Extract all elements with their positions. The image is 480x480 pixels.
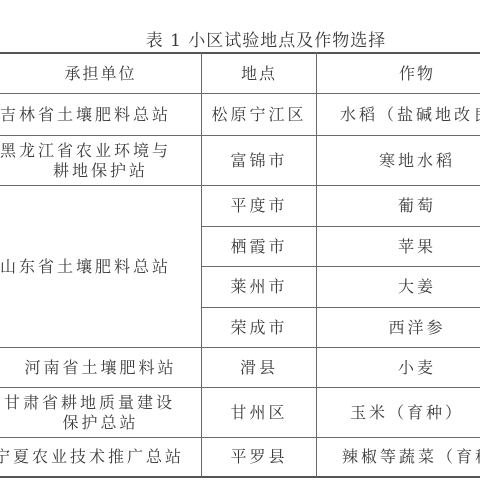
header-crop: 作物	[317, 54, 480, 93]
unit-line-1: 黑龙江省农业环境与	[0, 141, 171, 161]
table-cell-crop: 寒地水稻	[317, 136, 480, 185]
table-cell-location: 富锦市	[202, 136, 316, 185]
table-cell-crop: 葡萄	[317, 186, 480, 226]
unit-line-2: 耕地保护站	[53, 161, 148, 181]
table-cell-unit: 黑龙江省农业环境与 耕地保护站	[0, 136, 201, 185]
table-cell-crop: 大姜	[317, 267, 480, 307]
table-cell-crop: 西洋参	[317, 308, 480, 347]
table-cell-location: 栖霞市	[202, 227, 316, 266]
table-cell-unit: 河南省土壤肥料站	[0, 348, 201, 387]
header-unit: 承担单位	[0, 54, 201, 93]
table-cell-crop: 辣椒等蔬菜（育种	[342, 438, 480, 476]
table-cell-location: 荣成市	[202, 308, 316, 347]
table-cell-crop: 玉米（育种）	[317, 388, 480, 437]
table-title: 表 1 小区试验地点及作物选择	[0, 26, 480, 51]
table-cell-unit: 山东省土壤肥料总站	[0, 186, 201, 347]
table-cell-location: 莱州市	[202, 267, 316, 307]
table-cell-crop: 水稻（盐碱地改良	[340, 94, 480, 135]
table-cell-location: 滑县	[202, 348, 316, 387]
table-cell-location: 松原宁江区	[202, 94, 316, 135]
table-cell-crop: 苹果	[317, 227, 480, 266]
table-cell-unit: 甘肃省耕地质量建设 保护总站	[0, 388, 201, 437]
table-cell-unit: 宁夏农业技术推广总站	[0, 438, 201, 476]
unit-line-1: 甘肃省耕地质量建设	[0, 393, 175, 413]
table-cell-unit: 吉林省土壤肥料总站	[0, 94, 201, 135]
header-location: 地点	[202, 54, 316, 93]
table-cell-crop: 小麦	[317, 348, 480, 387]
table-cell-location: 甘州区	[202, 388, 316, 437]
table-cell-location: 平度市	[202, 186, 316, 226]
table-cell-location: 平罗县	[202, 438, 316, 476]
table-bottom-border	[0, 476, 480, 478]
unit-line-2: 保护总站	[62, 413, 138, 433]
